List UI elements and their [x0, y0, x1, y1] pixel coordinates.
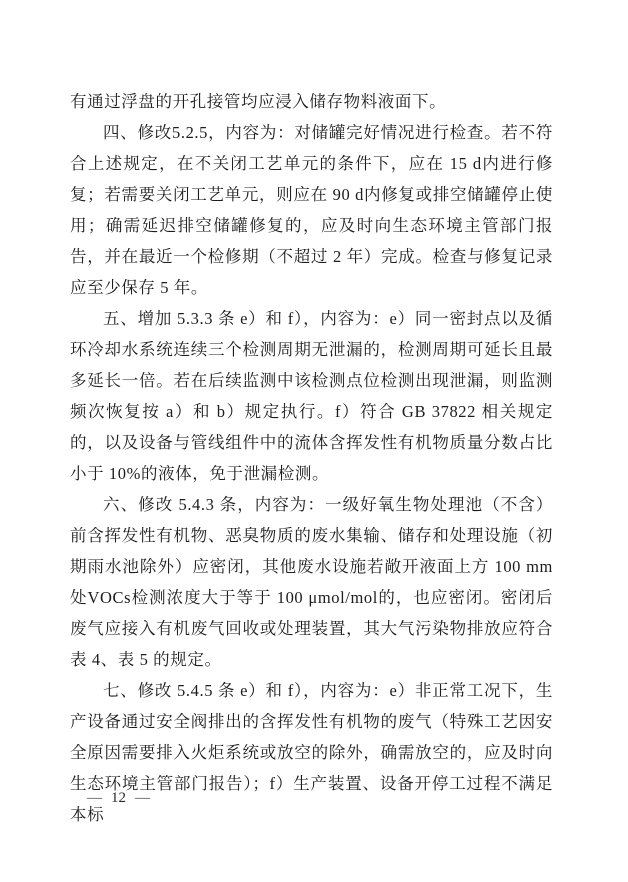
footer-dash-right: — [135, 790, 150, 807]
footer-dash-left: — [87, 790, 102, 807]
page-number: 12 [111, 790, 126, 807]
paragraph-item-6: 六、修改 5.4.3 条，内容为：一级好氧生物处理池（不含）前含挥发性有机物、恶… [70, 489, 553, 675]
page-body-text: 有通过浮盘的开孔接管均应浸入储存物料液面下。 四、修改5.2.5，内容为：对储罐… [70, 86, 553, 830]
document-page: 有通过浮盘的开孔接管均应浸入储存物料液面下。 四、修改5.2.5，内容为：对储罐… [0, 0, 628, 882]
page-footer: —12— [78, 790, 159, 807]
paragraph-item-4: 四、修改5.2.5，内容为：对储罐完好情况进行检查。若不符合上述规定，在不关闭工… [70, 117, 553, 303]
paragraph-item-5: 五、增加 5.3.3 条 e）和 f），内容为：e）同一密封点以及循环冷却水系统… [70, 303, 553, 489]
paragraph-continuation: 有通过浮盘的开孔接管均应浸入储存物料液面下。 [70, 86, 553, 117]
